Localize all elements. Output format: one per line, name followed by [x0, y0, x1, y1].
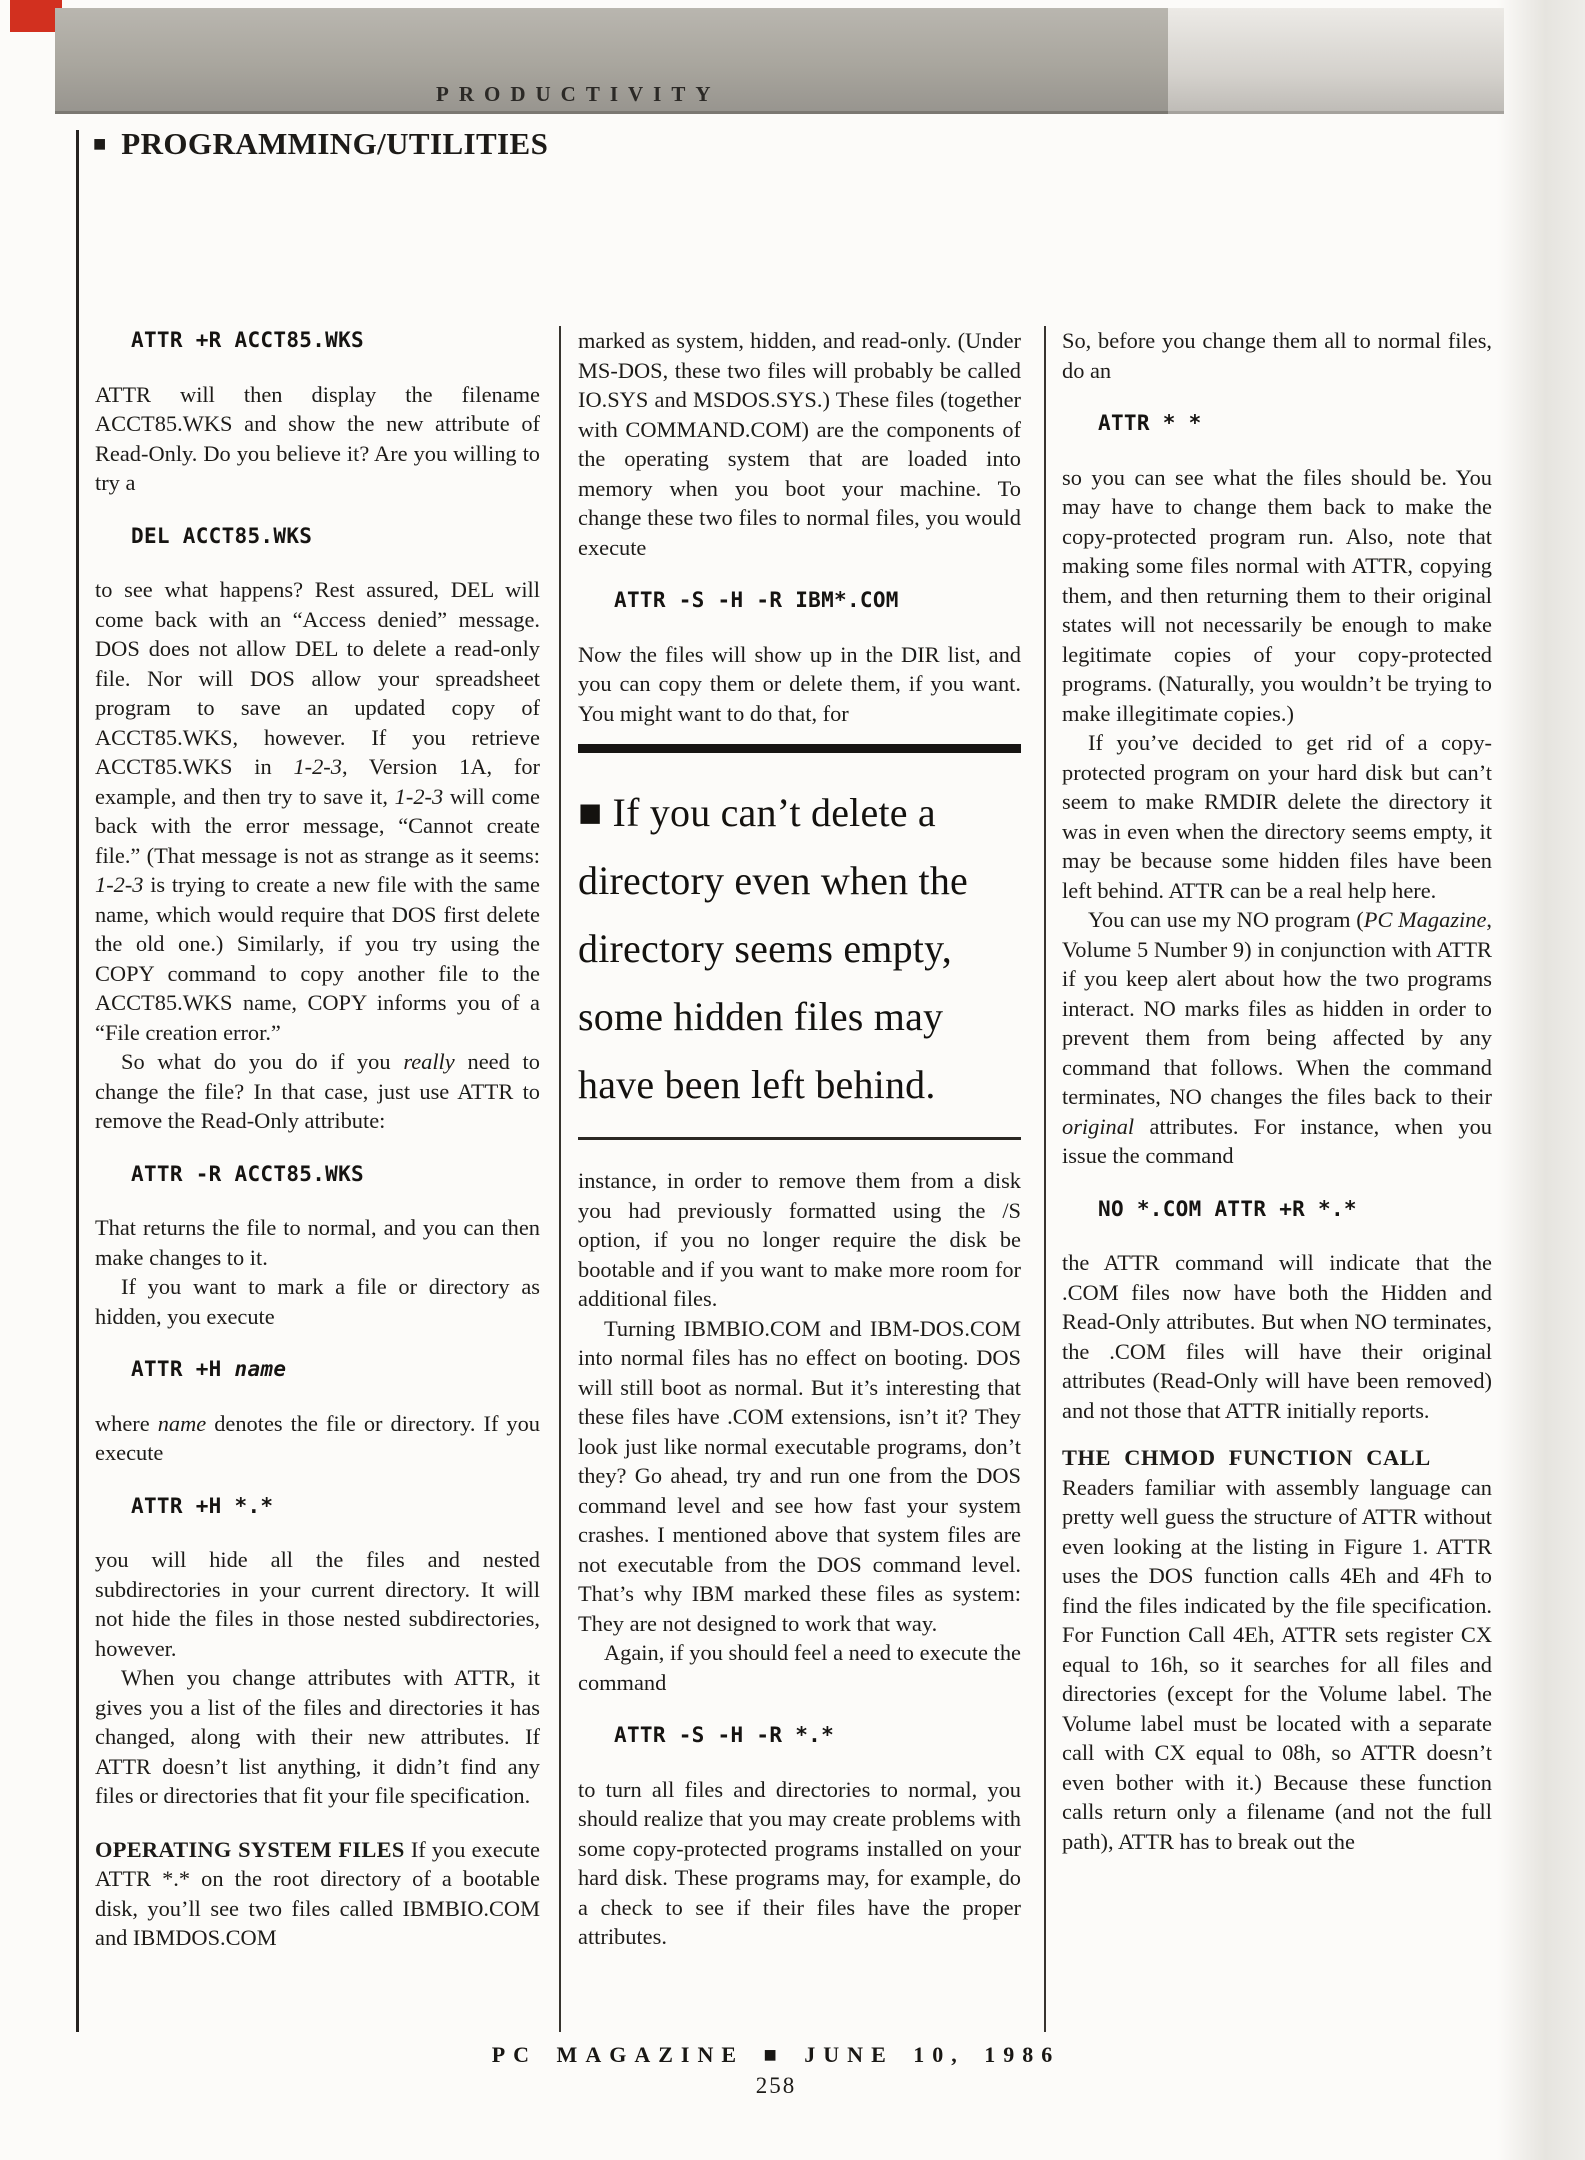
section-heading: ■PROGRAMMING/UTILITIES	[93, 126, 548, 162]
body-paragraph: So what do you do if you really need to …	[95, 1047, 540, 1136]
body-paragraph: Readers familiar with assembly language …	[1062, 1473, 1492, 1857]
page-number: 258	[60, 2073, 1492, 2099]
left-page-rule	[76, 130, 79, 2032]
body-paragraph: marked as system, hidden, and read-only.…	[578, 326, 1021, 562]
dos-command-line: DEL ACCT85.WKS	[131, 522, 540, 552]
pullquote: ■ If you can’t delete a directory even w…	[578, 779, 1021, 1119]
body-paragraph-with-lead: OPERATING SYSTEM FILES If you execute AT…	[95, 1835, 540, 1953]
header-band-right	[1168, 8, 1504, 114]
subsection-heading: THE CHMOD FUNCTION CALL	[1062, 1443, 1492, 1473]
footer-magazine-date: PC MAGAZINE ■ JUNE 10, 1986	[60, 2042, 1492, 2068]
body-paragraph: you will hide all the files and nested s…	[95, 1545, 540, 1663]
body-paragraph: Now the files will show up in the DIR li…	[578, 640, 1021, 729]
dos-command-line: ATTR +H *.*	[131, 1492, 540, 1522]
column-divider-1	[559, 326, 561, 2032]
body-paragraph: instance, in order to remove them from a…	[578, 1166, 1021, 1314]
body-paragraph: Turning IBMBIO.COM and IBM-DOS.COM into …	[578, 1314, 1021, 1639]
column-divider-2	[1044, 326, 1046, 2032]
column-2: marked as system, hidden, and read-only.…	[578, 326, 1021, 1952]
body-paragraph: If you want to mark a file or directory …	[95, 1272, 540, 1331]
body-paragraph: When you change attributes with ATTR, it…	[95, 1663, 540, 1811]
body-paragraph: That returns the file to normal, and you…	[95, 1213, 540, 1272]
dos-command-line: ATTR -R ACCT85.WKS	[131, 1160, 540, 1190]
dos-command-line: ATTR -S -H -R *.*	[614, 1721, 1021, 1751]
pullquote-top-rule	[578, 744, 1021, 753]
dos-command-line: ATTR -S -H -R IBM*.COM	[614, 586, 1021, 616]
body-paragraph: If you’ve decided to get rid of a copy-p…	[1062, 728, 1492, 905]
column-1: ATTR +R ACCT85.WKS ATTR will then displa…	[95, 326, 540, 1953]
dos-command-line: ATTR +H name	[131, 1355, 540, 1385]
body-paragraph: You can use my NO program (PC Magazine, …	[1062, 905, 1492, 1171]
column-3: So, before you change them all to normal…	[1062, 326, 1492, 1856]
magazine-page: PRODUCTIVITY ■PROGRAMMING/UTILITIES ATTR…	[0, 0, 1585, 2160]
dos-command-line: ATTR +R ACCT85.WKS	[131, 326, 540, 356]
body-paragraph: So, before you change them all to normal…	[1062, 326, 1492, 385]
body-paragraph: the ATTR command will indicate that the …	[1062, 1248, 1492, 1425]
dos-command-line: ATTR * *	[1098, 409, 1492, 439]
page-edge-shadow	[1497, 0, 1585, 2160]
page-footer: PC MAGAZINE ■ JUNE 10, 1986 258	[60, 2042, 1492, 2099]
running-head: PRODUCTIVITY	[436, 82, 721, 107]
body-paragraph: to turn all files and directories to nor…	[578, 1775, 1021, 1952]
body-paragraph: Again, if you should feel a need to exec…	[578, 1638, 1021, 1697]
pullquote-bottom-rule	[578, 1137, 1021, 1140]
section-title: PROGRAMMING/UTILITIES	[121, 126, 548, 161]
body-paragraph: so you can see what the files should be.…	[1062, 463, 1492, 729]
square-bullet-icon: ■	[93, 131, 106, 156]
body-paragraph: where name denotes the file or directory…	[95, 1409, 540, 1468]
body-paragraph: ATTR will then display the filename ACCT…	[95, 380, 540, 498]
body-paragraph: to see what happens? Rest assured, DEL w…	[95, 575, 540, 1047]
dos-command-line: NO *.COM ATTR +R *.*	[1098, 1195, 1492, 1225]
